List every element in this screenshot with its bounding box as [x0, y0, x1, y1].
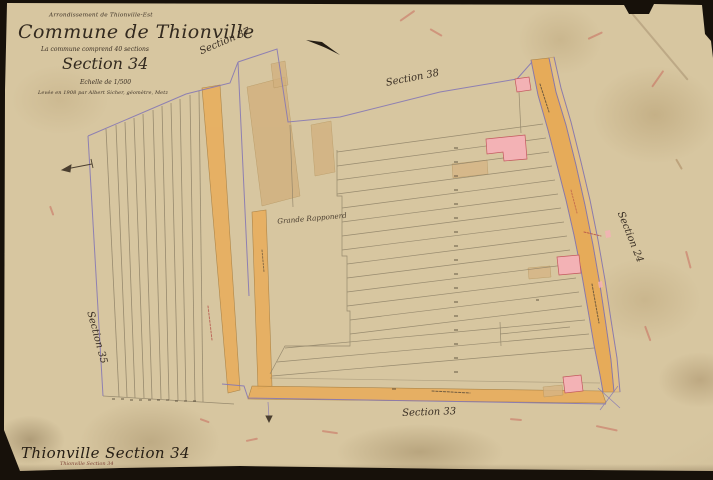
scanned-paper-sheet: Arrondissement de Thionville-Est Commune…: [0, 0, 713, 480]
footer-title: Thionville Section 34: [21, 444, 190, 462]
survey-marks: [62, 159, 272, 422]
tinted-parcels: [247, 61, 563, 397]
north-arrow-icon: [306, 40, 340, 55]
arrondissement-line: Arrondissement de Thionville-Est: [49, 12, 153, 18]
footer-subtitle: Thionville Section 34: [60, 461, 114, 467]
parcel-number-marks: [112, 148, 539, 401]
commune-note: La commune comprend 40 sections: [41, 46, 149, 53]
right-road: [531, 58, 614, 392]
sidebar-label-section-33: Section 33: [402, 406, 456, 419]
survey-note: Levée en 1908 par Albert Sicher, géomètr…: [38, 90, 168, 96]
scale-line: Echelle de 1/500: [80, 79, 131, 86]
section-title: Section 34: [62, 54, 148, 73]
